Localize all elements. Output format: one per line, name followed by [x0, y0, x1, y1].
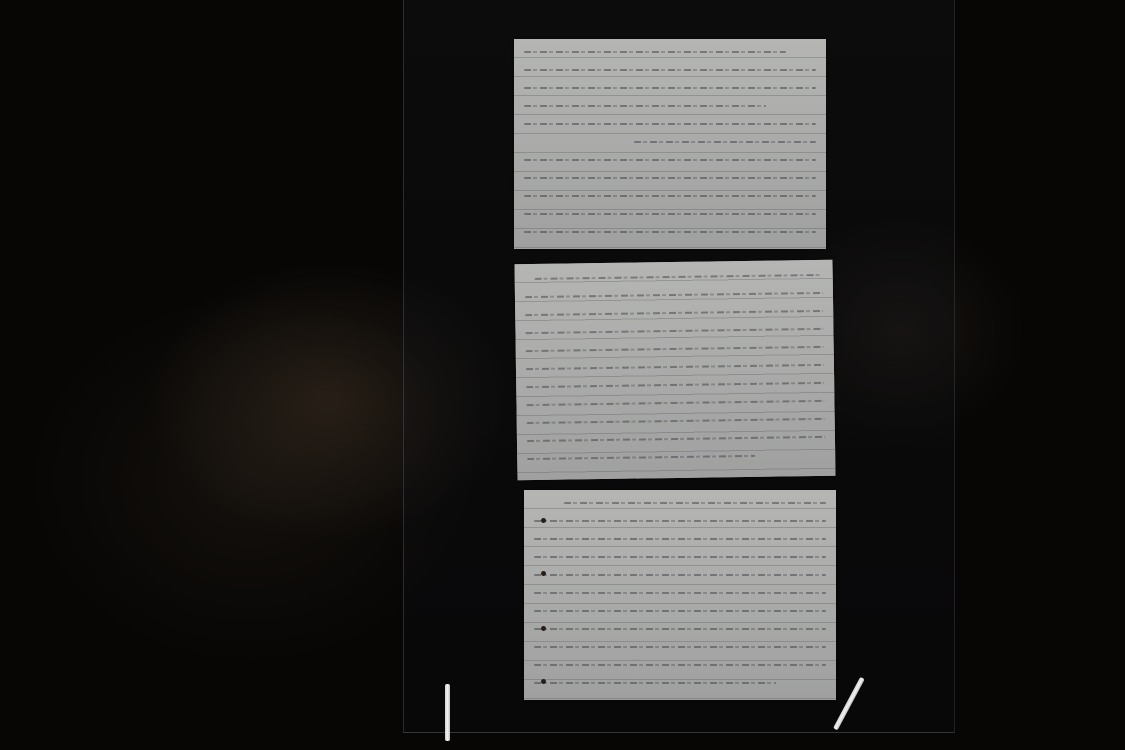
- handwritten-note-2: Holandia: [515, 260, 836, 480]
- punch-hole: [541, 518, 546, 523]
- handwritten-note-3: [524, 490, 836, 700]
- punch-hole: [541, 626, 546, 631]
- mounting-pin-left: [445, 684, 450, 741]
- punch-hole: [541, 571, 546, 576]
- handwritten-note-1: Tesciowe: [514, 39, 826, 249]
- punch-hole: [541, 679, 546, 684]
